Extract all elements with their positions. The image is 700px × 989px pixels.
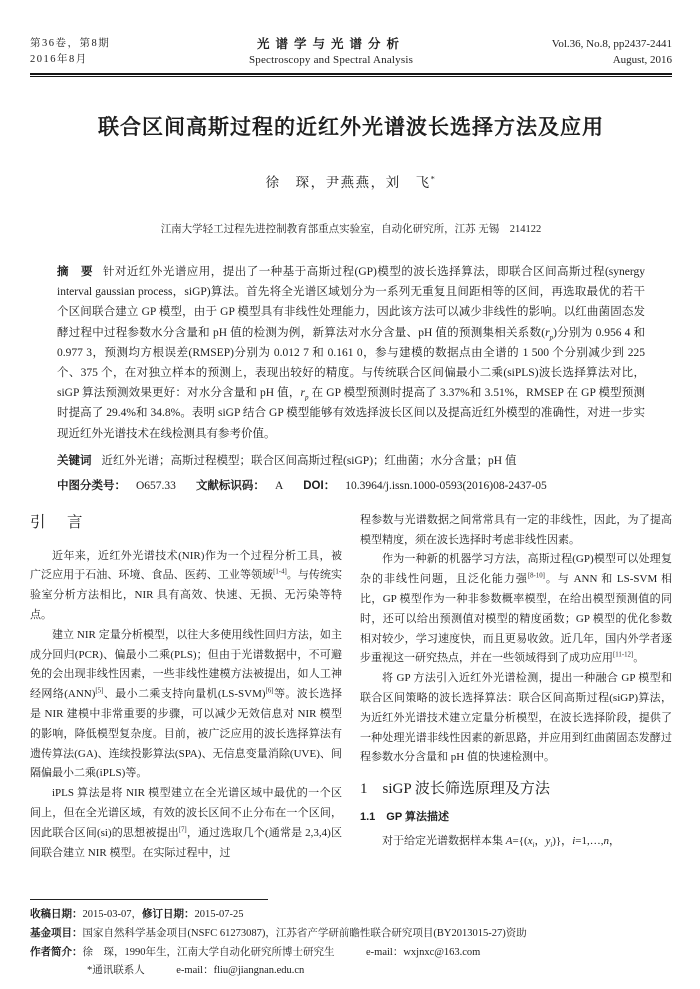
doi-value: 10.3964/j.issn.1000-0593(2016)08-2437-05 bbox=[345, 480, 547, 492]
affiliation-line: 江南大学轻工过程先进控制教育部重点实验室，自动化研究所，江苏 无锡 214122 bbox=[30, 221, 672, 236]
clc-label: 中图分类号： bbox=[57, 480, 126, 492]
doc-code-label: 文献标识码： bbox=[196, 480, 265, 492]
header-left-block: 第36卷，第8期 2016年8月 bbox=[30, 36, 110, 68]
classification-row: 中图分类号：O657.33文献标识码：ADOI：10.3964/j.issn.1… bbox=[57, 477, 645, 495]
journal-title-cn: 光谱学与光谱分析 bbox=[249, 36, 413, 52]
volume-issue-en: Vol.36, No.8, pp2437-2441 bbox=[552, 36, 672, 52]
volume-issue-cn: 第36卷，第8期 bbox=[30, 36, 110, 52]
author-bio-line: 作者简介：徐 琛，1990年生，江南大学自动化研究所博士研究生 e-mail：w… bbox=[30, 943, 672, 962]
paragraph: 作为一种新的机器学习方法，高斯过程(GP)模型可以处理复杂的非线性问题，且泛化能… bbox=[360, 550, 672, 669]
header-center-block: 光谱学与光谱分析 Spectroscopy and Spectral Analy… bbox=[249, 36, 413, 68]
header-double-rule bbox=[30, 73, 672, 77]
paper-title: 联合区间高斯过程的近红外光谱波长选择方法及应用 bbox=[30, 111, 672, 141]
clc-value: O657.33 bbox=[136, 480, 176, 492]
abstract-text: 针对近红外光谱应用，提出了一种基于高斯过程(GP)模型的波长选择算法，即联合区间… bbox=[57, 266, 645, 440]
introduction-heading: 引 言 bbox=[30, 513, 342, 533]
section-1-heading: 1 siGP 波长筛选原理及方法 bbox=[360, 780, 672, 800]
header-right-block: Vol.36, No.8, pp2437-2441 August, 2016 bbox=[552, 36, 672, 68]
two-column-body: 引 言 近年来，近红外光谱技术(NIR)作为一个过程分析工具，被广泛应用于石油、… bbox=[30, 511, 672, 883]
paragraph: 对于给定光谱数据样本集 A={(xi，yi)}，i=1,…,n， bbox=[360, 832, 672, 852]
date-en: August, 2016 bbox=[552, 52, 672, 68]
footnote-block: 收稿日期：2015-03-07，修订日期：2015-07-25 基金项目：国家自… bbox=[30, 899, 672, 980]
fund-project-line: 基金项目：国家自然科学基金项目(NSFC 61273087)，江苏省产学研前瞻性… bbox=[30, 924, 672, 943]
authors-line: 徐 琛，尹燕燕，刘 飞* bbox=[30, 171, 672, 191]
journal-title-en: Spectroscopy and Spectral Analysis bbox=[249, 52, 413, 68]
abstract-label: 摘 要 bbox=[57, 266, 93, 278]
doc-code-value: A bbox=[275, 480, 283, 492]
abstract-section: 摘 要针对近红外光谱应用，提出了一种基于高斯过程(GP)模型的波长选择算法，即联… bbox=[57, 262, 645, 444]
doi-label: DOI： bbox=[303, 480, 335, 492]
keywords-label: 关键词 bbox=[57, 455, 92, 467]
column-left: 引 言 近年来，近红外光谱技术(NIR)作为一个过程分析工具，被广泛应用于石油、… bbox=[30, 511, 342, 883]
section-1-1-heading: 1.1 GP 算法描述 bbox=[360, 808, 672, 828]
paper-page: 第36卷，第8期 2016年8月 光谱学与光谱分析 Spectroscopy a… bbox=[0, 0, 700, 989]
paragraph: 程参数与光谱数据之间常常具有一定的非线性，因此，为了提高模型精度，须在波长选择时… bbox=[360, 511, 672, 551]
paragraph: iPLS 算法是将 NIR 模型建立在全光谱区域中最优的一个区间上，但在全光谱区… bbox=[30, 784, 342, 863]
keywords-row: 关键词近红外光谱；高斯过程模型；联合区间高斯过程(siGP)；红曲菌；水分含量；… bbox=[57, 452, 645, 470]
paragraph: 将 GP 方法引入近红外光谱检测，提出一种融合 GP 模型和联合区间策略的波长选… bbox=[360, 669, 672, 768]
column-right: 程参数与光谱数据之间常常具有一定的非线性，因此，为了提高模型精度，须在波长选择时… bbox=[360, 511, 672, 883]
date-cn: 2016年8月 bbox=[30, 52, 110, 68]
received-date-line: 收稿日期：2015-03-07，修订日期：2015-07-25 bbox=[30, 905, 672, 924]
footnote-divider bbox=[30, 899, 268, 900]
keywords-text: 近红外光谱；高斯过程模型；联合区间高斯过程(siGP)；红曲菌；水分含量；pH … bbox=[102, 455, 517, 467]
journal-header: 第36卷，第8期 2016年8月 光谱学与光谱分析 Spectroscopy a… bbox=[30, 36, 672, 68]
paragraph: 建立 NIR 定量分析模型，以往大多使用线性回归方法，如主成分回归(PCR)、偏… bbox=[30, 626, 342, 784]
paragraph: 近年来，近红外光谱技术(NIR)作为一个过程分析工具，被广泛应用于石油、环境、食… bbox=[30, 547, 342, 626]
corresponding-author-line: *通讯联系人 e-mail：fliu@jiangnan.edu.cn bbox=[30, 962, 672, 980]
